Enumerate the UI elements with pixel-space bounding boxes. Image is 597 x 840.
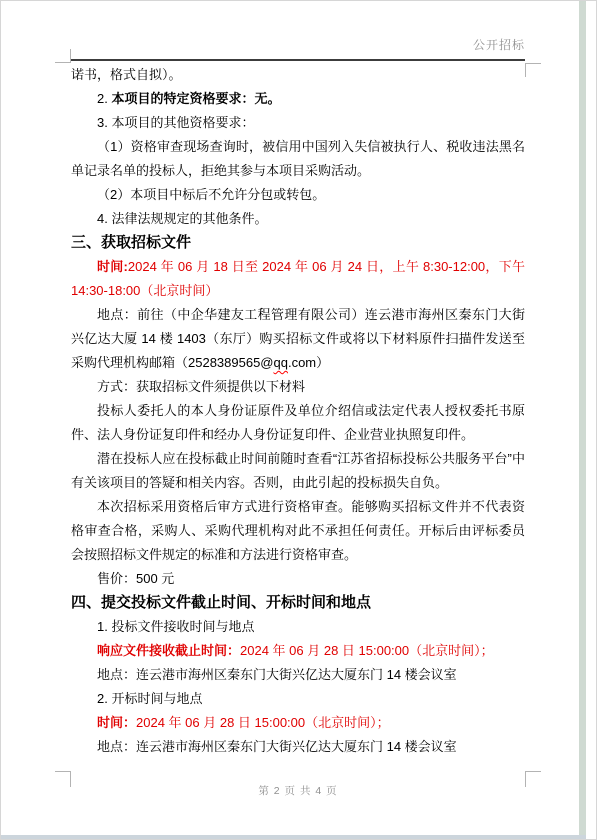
paragraph-continuation: 诺书，格式自拟）。 [71, 63, 525, 87]
page-edge-bottom [1, 835, 586, 839]
page-header: 公开招标 [71, 1, 525, 59]
paragraph-obtain-method: 方式：获取招标文件须提供以下材料 [71, 375, 525, 399]
paragraph-opening-title: 2. 开标时间与地点 [71, 687, 525, 711]
page-number: 第 2 页 共 4 页 [258, 785, 337, 797]
spellcheck-underline: qq [274, 355, 288, 370]
paragraph-obtain-location: 地点：前往（中企华建友工程管理有限公司）连云港市海州区秦东门大街兴亿达大厦 14… [71, 303, 525, 375]
paragraph-credit-china: （1）资格审查现场查询时，被信用中国列入失信被执行人、税收违法黑名单记录名单的投… [71, 135, 525, 183]
paragraph-required-materials: 投标人委托人的本人身份证原件及单位介绍信或法定代表人授权委托书原件、法人身份证复… [71, 399, 525, 447]
paragraph-post-qualification: 本次招标采用资格后审方式进行资格审查。能够购买招标文件并不代表资格审查合格，采购… [71, 495, 525, 567]
section-heading-3: 三、获取招标文件 [71, 231, 525, 255]
page-content: 公开招标 诺书，格式自拟）。2. 本项目的特定资格要求：无。3. 本项目的其他资… [71, 1, 525, 759]
margin-mark-top-left [55, 49, 71, 63]
paragraph-receive-deadline: 响应文件接收截止时间：2024 年 06 月 28 日 15:00:00（北京时… [71, 639, 525, 663]
paragraph-price: 售价：500 元 [71, 567, 525, 591]
paragraph-obtain-time: 时间:2024 年 06 月 18 日至 2024 年 06 月 24 日，上午… [71, 255, 525, 303]
paragraph-specific-qualification: 2. 本项目的特定资格要求：无。 [71, 87, 525, 111]
header-label: 公开招标 [473, 36, 525, 53]
page-edge-right [579, 1, 586, 840]
paragraph-law-conditions: 4. 法律法规规定的其他条件。 [71, 207, 525, 231]
paragraph-other-qualification: 3. 本项目的其他资格要求： [71, 111, 525, 135]
margin-mark-bottom-right [525, 771, 541, 787]
document-body: 诺书，格式自拟）。2. 本项目的特定资格要求：无。3. 本项目的其他资格要求：（… [71, 61, 525, 759]
paragraph-no-subcontract: （2）本项目中标后不允许分包或转包。 [71, 183, 525, 207]
paragraph-receive-location: 地点：连云港市海州区秦东门大街兴亿达大厦东门 14 楼会议室 [71, 663, 525, 687]
margin-mark-bottom-left [55, 771, 71, 787]
paragraph-opening-time: 时间：2024 年 06 月 28 日 15:00:00（北京时间）； [71, 711, 525, 735]
paragraph-receive-title: 1. 投标文件接收时间与地点 [71, 615, 525, 639]
margin-mark-top-right [525, 63, 541, 77]
paragraph-opening-location: 地点：连云港市海州区秦东门大街兴亿达大厦东门 14 楼会议室 [71, 735, 525, 759]
document-page: 公开招标 诺书，格式自拟）。2. 本项目的特定资格要求：无。3. 本项目的其他资… [0, 0, 597, 840]
page-footer: 第 2 页 共 4 页 [71, 783, 525, 798]
paragraph-platform-notice: 潜在投标人应在投标截止时间前随时查看“江苏省招标投标公共服务平台”中有关该项目的… [71, 447, 525, 495]
section-heading-4: 四、提交投标文件截止时间、开标时间和地点 [71, 591, 525, 615]
